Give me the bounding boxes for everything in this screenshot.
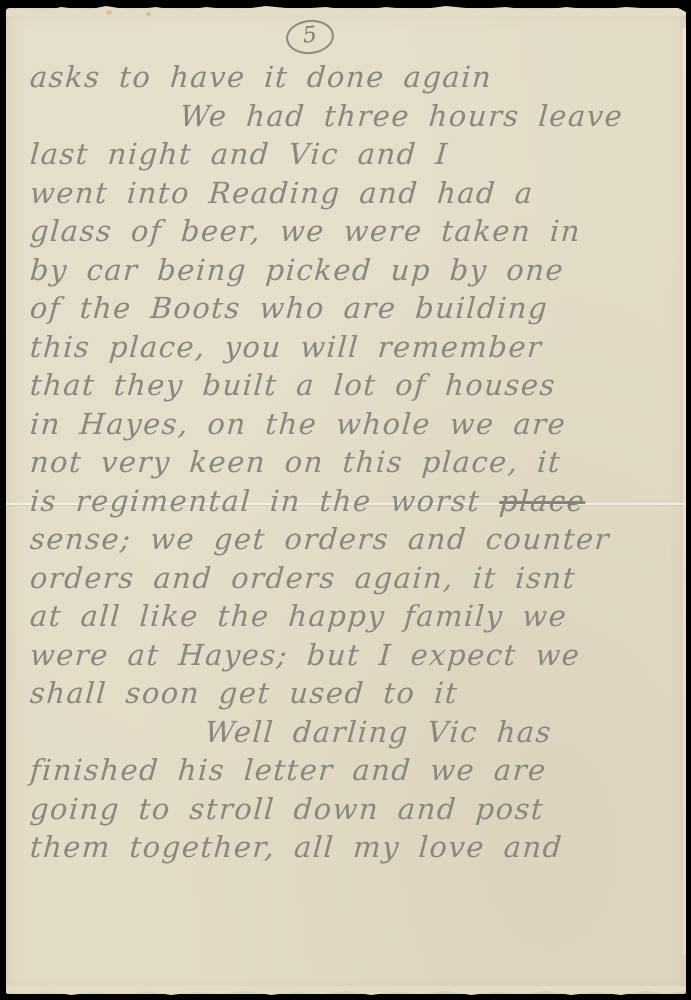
letter-line: that they built a lot of houses <box>29 366 672 405</box>
letter-line-text: is regimental in the worst <box>29 484 482 518</box>
letter-line: them together, all my love and <box>29 828 672 867</box>
letter-line: this place, you will remember <box>29 328 672 367</box>
foxing-spot <box>146 12 151 16</box>
letter-line: Well darling Vic has <box>29 713 672 752</box>
letter-line: last night and Vic and I <box>29 135 672 174</box>
letter-line: asks to have it done again <box>29 58 672 97</box>
sheet-right-edge <box>683 28 686 955</box>
letter-sheet: 5 asks to have it done again We had thre… <box>6 8 686 994</box>
letter-line: shall soon get used to it <box>29 674 672 713</box>
letter-line: of the Boots who are building <box>29 289 672 328</box>
foxing-spot <box>106 10 112 15</box>
letter-line: were at Hayes; but I expect we <box>29 636 672 675</box>
struck-out-word: place <box>498 484 586 518</box>
circled-page-number: 5 <box>284 18 335 57</box>
torn-bottom-edge <box>6 986 686 998</box>
letter-line: finished his letter and we are <box>29 751 672 790</box>
letter-line: sense; we get orders and counter <box>29 520 672 559</box>
letter-line: going to stroll down and post <box>29 790 672 829</box>
letter-line: by car being picked up by one <box>29 251 672 290</box>
letter-line-with-strikeout: is regimental in the worst place <box>29 482 672 521</box>
letter-line: glass of beer, we were taken in <box>29 212 672 251</box>
letter-line: went into Reading and had a <box>29 174 672 213</box>
letter-line: orders and orders again, it isnt <box>29 559 672 598</box>
letter-line: in Hayes, on the whole we are <box>29 405 672 444</box>
letter-line: We had three hours leave <box>29 97 672 136</box>
letter-body: asks to have it done again We had three … <box>30 58 670 867</box>
letter-line: at all like the happy family we <box>29 597 672 636</box>
letter-line: not very keen on this place, it <box>29 443 672 482</box>
